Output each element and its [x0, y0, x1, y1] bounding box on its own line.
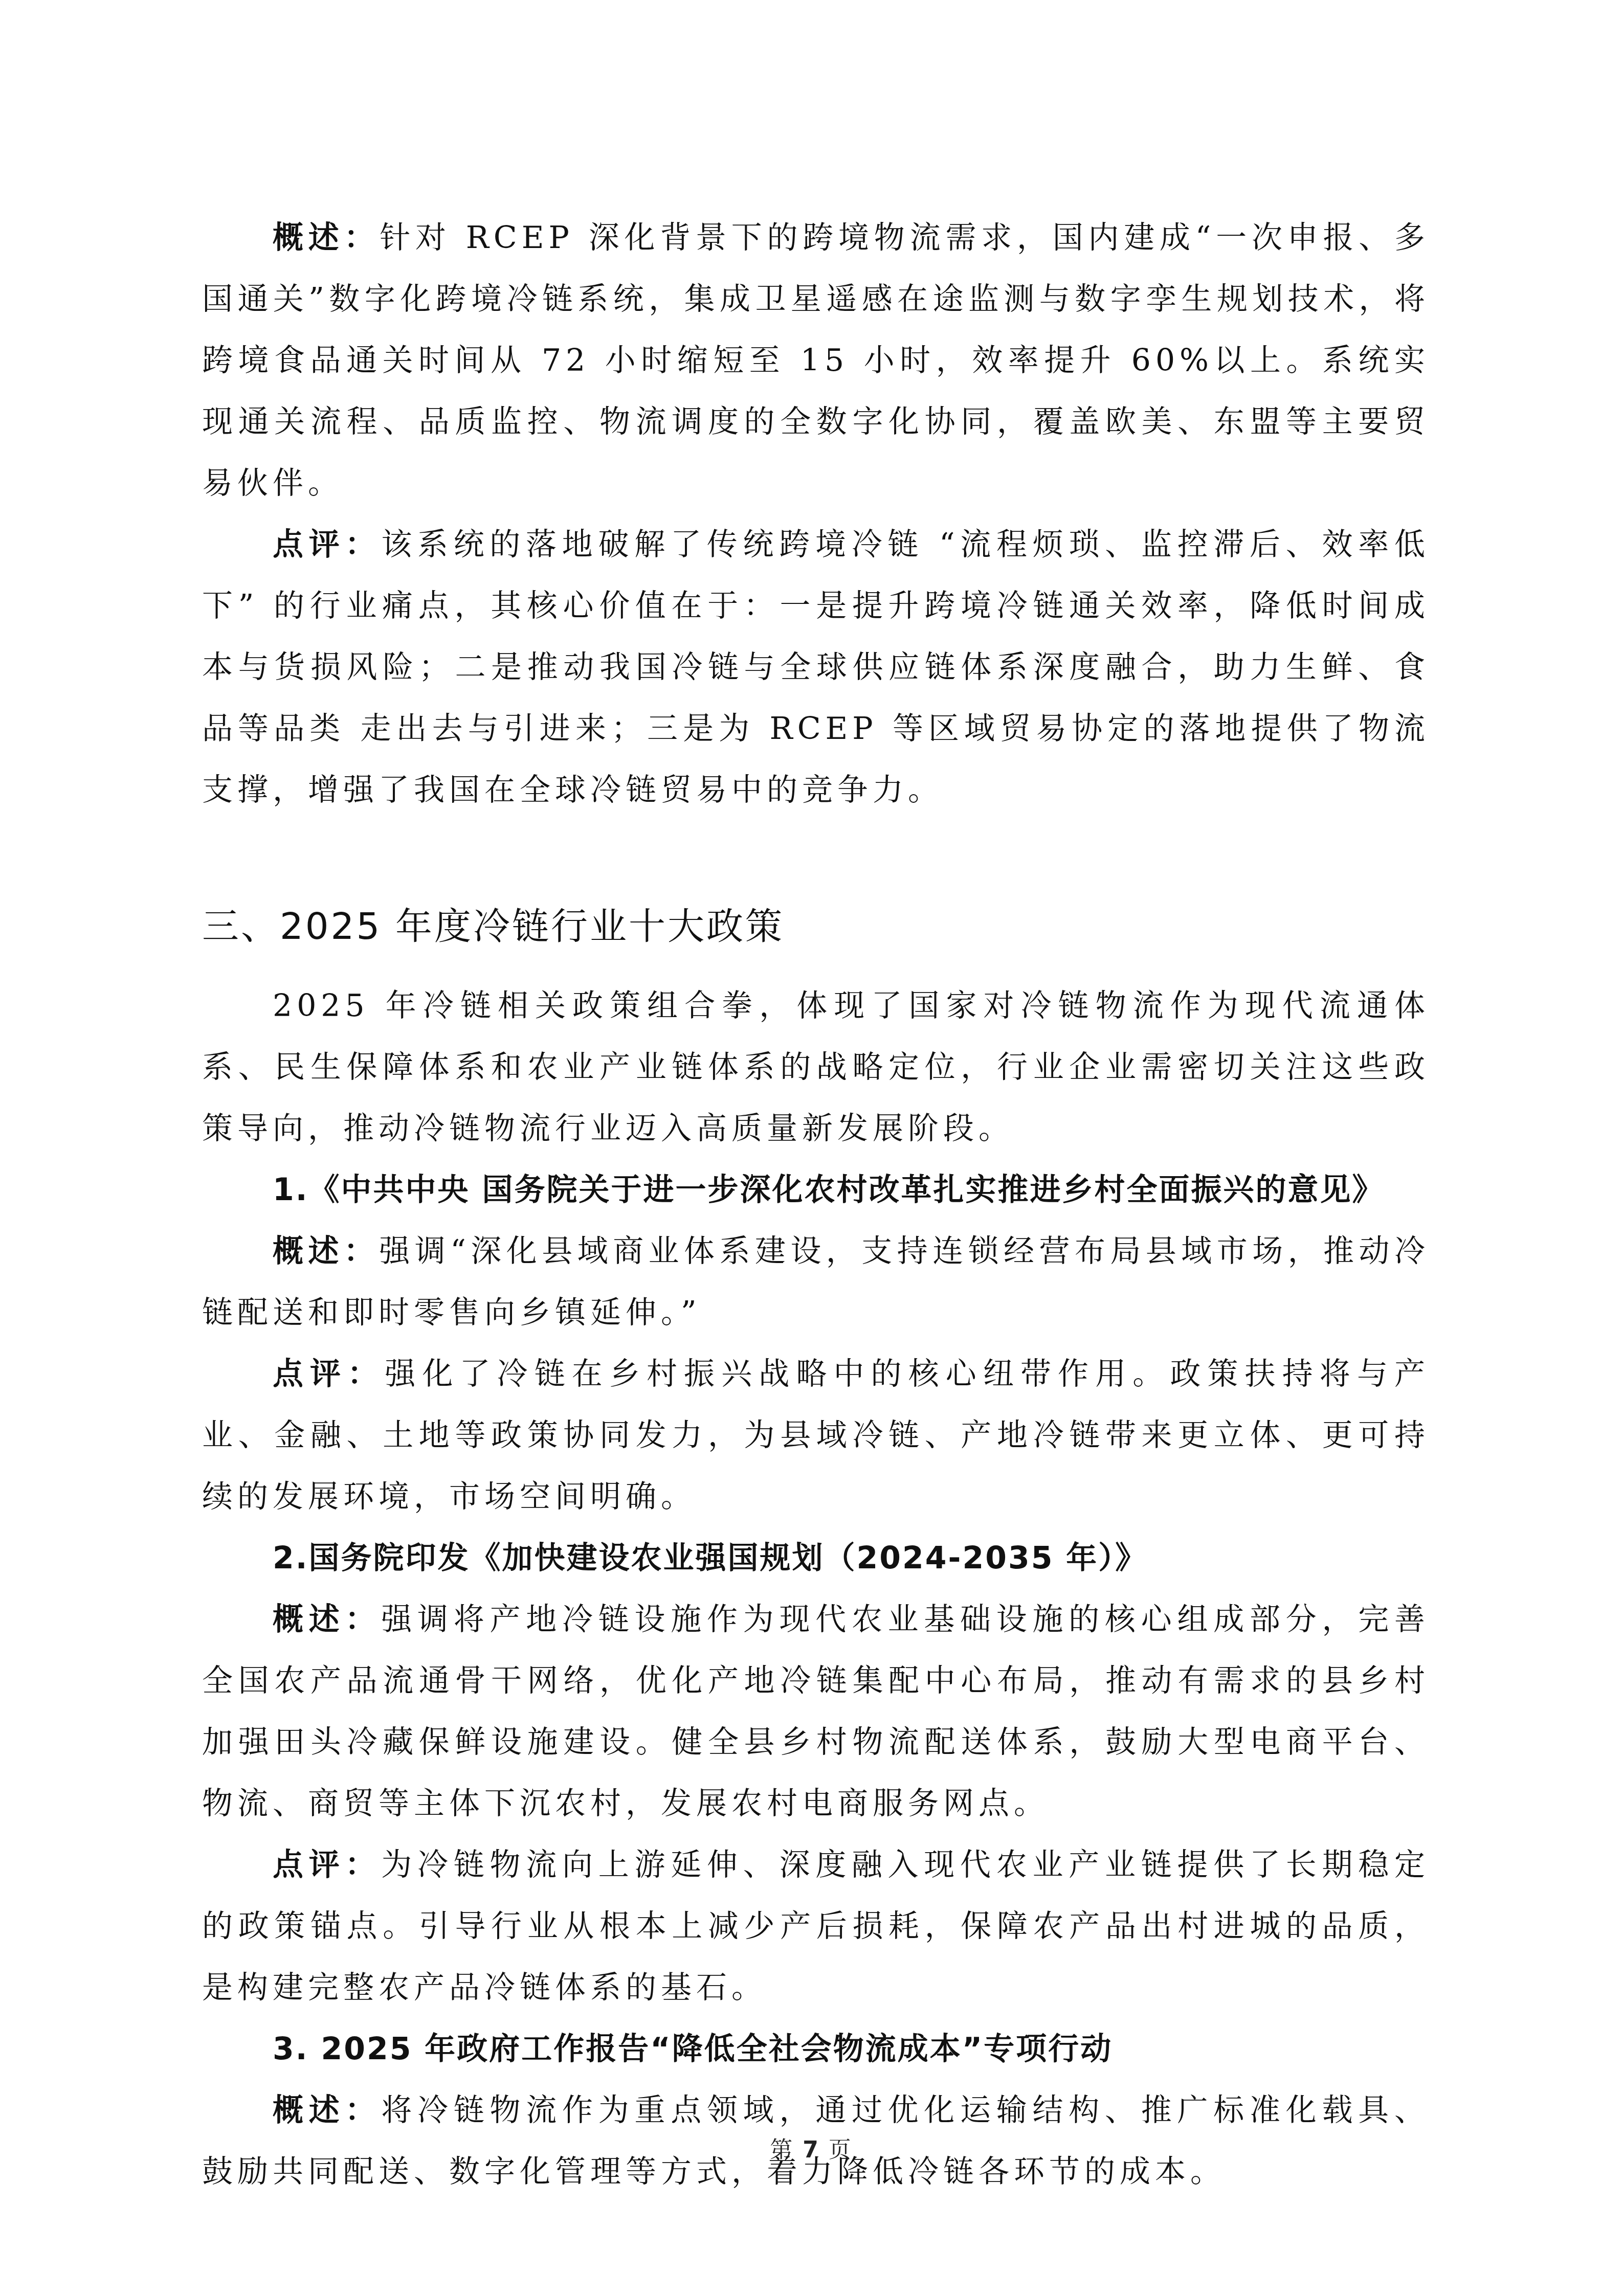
overview-text: 强调将产地冷链设施作为现代农业基础设施的核心组成部分，完善全国农产品流通骨干网络…: [202, 1602, 1430, 1821]
previous-overview-paragraph: 概述：针对 RCEP 深化背景下的跨境物流需求，国内建成“一次申报、多国通关”数…: [202, 207, 1430, 514]
overview-label: 概述：: [273, 2092, 381, 2128]
page-prefix: 第: [770, 2137, 795, 2163]
policy-item-title-3: 3. 2025 年政府工作报告“降低全社会物流成本”专项行动: [202, 2018, 1430, 2080]
page-footer: 第7页: [0, 2131, 1624, 2164]
section-intro-paragraph: 2025 年冷链相关政策组合拳，体现了国家对冷链物流作为现代流通体系、民生保障体…: [202, 975, 1430, 1159]
comment-text: 该系统的落地破解了传统跨境冷链 “流程烦琐、监控滞后、效率低下” 的行业痛点，其…: [202, 527, 1430, 808]
comment-label: 点评：: [273, 1356, 385, 1392]
policy-2-overview-paragraph: 概述：强调将产地冷链设施作为现代农业基础设施的核心组成部分，完善全国农产品流通骨…: [202, 1589, 1430, 1834]
overview-text: 针对 RCEP 深化背景下的跨境物流需求，国内建成“一次申报、多国通关”数字化跨…: [202, 220, 1430, 501]
overview-text: 强调“深化县域商业体系建设，支持连锁经营布局县域市场，推动冷链配送和即时零售向乡…: [202, 1233, 1430, 1331]
comment-label: 点评：: [273, 527, 381, 562]
page-number: 7: [803, 2137, 821, 2163]
overview-label: 概述：: [273, 220, 380, 256]
document-page: 概述：针对 RCEP 深化背景下的跨境物流需求，国内建成“一次申报、多国通关”数…: [202, 207, 1430, 2202]
overview-label: 概述：: [273, 1602, 381, 1637]
policy-1-comment-paragraph: 点评：强化了冷链在乡村振兴战略中的核心纽带作用。政策扶持将与产业、金融、土地等政…: [202, 1343, 1430, 1527]
policy-item-title-1: 1.《中共中央 国务院关于进一步深化农村改革扎实推进乡村全面振兴的意见》: [202, 1159, 1430, 1221]
comment-label: 点评：: [273, 1847, 381, 1883]
comment-text: 强化了冷链在乡村振兴战略中的核心纽带作用。政策扶持将与产业、金融、土地等政策协同…: [202, 1356, 1430, 1515]
policy-2-comment-paragraph: 点评：为冷链物流向上游延伸、深度融入现代农业产业链提供了长期稳定的政策锚点。引导…: [202, 1834, 1430, 2018]
policy-item-title-2: 2.国务院印发《加快建设农业强国规划（2024-2035 年）》: [202, 1527, 1430, 1589]
previous-comment-paragraph: 点评：该系统的落地破解了传统跨境冷链 “流程烦琐、监控滞后、效率低下” 的行业痛…: [202, 514, 1430, 821]
page-suffix: 页: [829, 2137, 854, 2163]
comment-text: 为冷链物流向上游延伸、深度融入现代农业产业链提供了长期稳定的政策锚点。引导行业从…: [202, 1847, 1430, 2006]
policy-1-overview-paragraph: 概述：强调“深化县域商业体系建设，支持连锁经营布局县域市场，推动冷链配送和即时零…: [202, 1221, 1430, 1343]
section-heading: 三、2025 年度冷链行业十大政策: [202, 890, 1430, 962]
overview-label: 概述：: [273, 1233, 379, 1269]
